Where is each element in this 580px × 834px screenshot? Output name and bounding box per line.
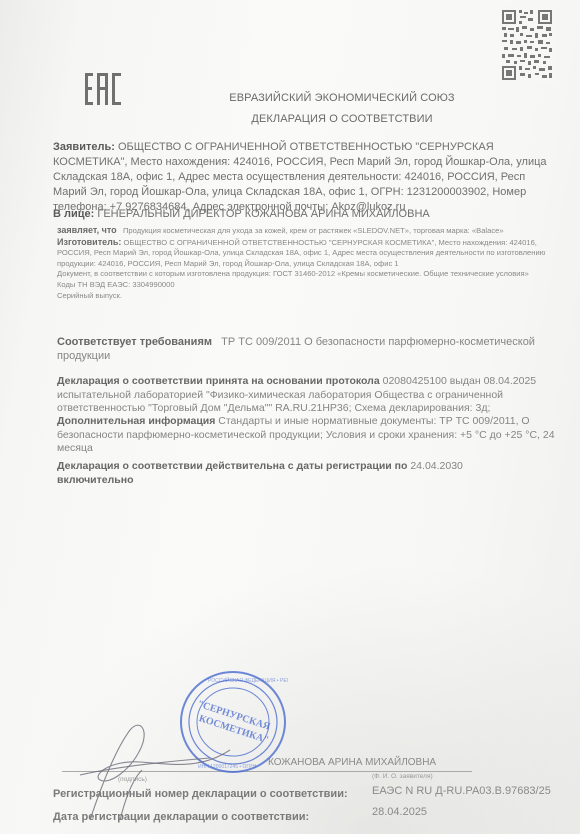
signatory-name: КОЖАНОВА АРИНА МИХАЙЛОВНА [268, 757, 436, 768]
additional-info-label: Дополнительная информация [57, 415, 215, 427]
validity-suffix: включительно [57, 474, 134, 486]
svg-text:РОССИЙСКАЯ ФЕДЕРАЦИЯ • РЕСПУБЛ: РОССИЙСКАЯ ФЕДЕРАЦИЯ • РЕСПУБЛИКА [208, 676, 288, 684]
validity-section: Декларация о соответствии действительна … [57, 460, 477, 487]
registration-date: 28.04.2025 [372, 806, 427, 818]
validity-date: 24.04.2030 [410, 460, 463, 472]
registration-number-label: Регистрационный номер декларации о соотв… [53, 788, 348, 800]
declares-section: заявляет, что Продукция косметическая дл… [57, 225, 552, 301]
manufacturer-text: ОБЩЕСТВО С ОГРАНИЧЕННОЙ ОТВЕТСТВЕННОСТЬЮ… [57, 238, 545, 268]
represented-by-section: В лице: ГЕНЕРАЛЬНЫЙ ДИРЕКТОР КОЖАНОВА АР… [53, 207, 558, 222]
standard-document: Документ, в соответствии с которым изгот… [57, 269, 552, 280]
represented-by-label: В лице: [53, 208, 94, 220]
represented-by-text: ГЕНЕРАЛЬНЫЙ ДИРЕКТОР КОЖАНОВА АРИНА МИХА… [97, 208, 429, 220]
registration-date-label: Дата регистрации декларации о соответств… [53, 811, 309, 823]
document-title: ДЕКЛАРАЦИЯ О СООТВЕТСТВИИ [52, 113, 580, 125]
name-caption: (Ф. И. О. заявителя) [372, 773, 433, 780]
conformity-label: Соответствует требованиям [57, 336, 212, 348]
tn-ved-code: Коды ТН ВЭД ЕАЭС: 3304990000 [57, 280, 552, 291]
product-description: Продукция косметическая для ухода за кож… [123, 226, 504, 235]
validity-label: Декларация о соответствии действительна … [57, 460, 407, 472]
registration-number: ЕАЭС N RU Д-RU.РА03.В.97683/25 [372, 785, 551, 797]
basis-section: Декларация о соответствии принята на осн… [57, 375, 557, 416]
conformity-section: Соответствует требованиям ТР ТС 009/2011… [57, 335, 557, 363]
declares-label: заявляет, что [57, 225, 117, 235]
basis-label: Декларация о соответствии принята на осн… [57, 375, 380, 387]
applicant-section: Заявитель: ОБЩЕСТВО С ОГРАНИЧЕННОЙ ОТВЕТ… [53, 140, 558, 215]
applicant-text: ОБЩЕСТВО С ОГРАНИЧЕННОЙ ОТВЕТСТВЕННОСТЬЮ… [53, 141, 547, 213]
qr-code-icon [500, 6, 554, 84]
additional-info-section: Дополнительная информация Стандарты и ин… [57, 415, 557, 456]
union-title: ЕВРАЗИЙСКИЙ ЭКОНОМИЧЕСКИЙ СОЮЗ [52, 92, 580, 104]
declaration-page: ЕВРАЗИЙСКИЙ ЭКОНОМИЧЕСКИЙ СОЮЗ ДЕКЛАРАЦИ… [0, 0, 580, 834]
release-type: Серийный выпуск. [57, 291, 552, 302]
manufacturer-label: Изготовитель: [57, 237, 121, 247]
applicant-label: Заявитель: [53, 141, 115, 153]
